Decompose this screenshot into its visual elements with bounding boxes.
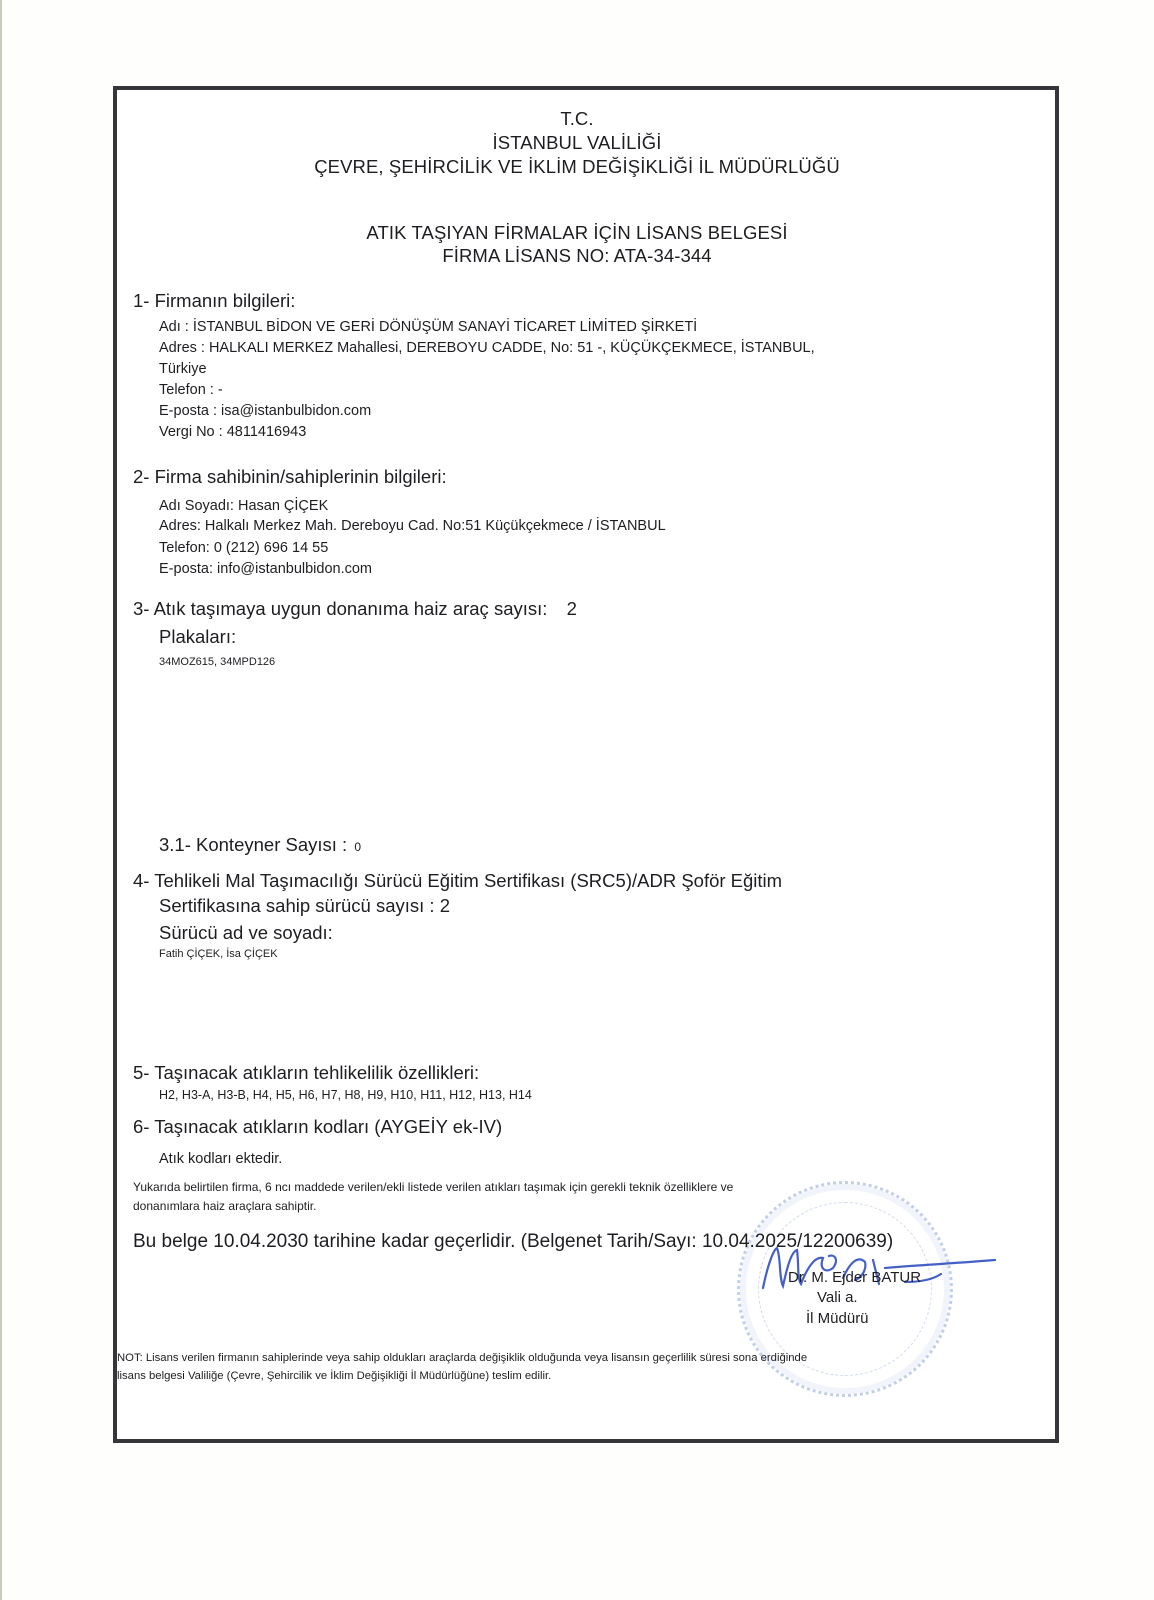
section5-heading: 5- Taşınacak atıkların tehlikelilik özel…: [133, 1062, 479, 1084]
section6-heading: 6- Taşınacak atıkların kodları (AYGEİY e…: [133, 1116, 502, 1138]
drivers-list: Fatih ÇİÇEK, İsa ÇİÇEK: [159, 948, 278, 960]
company-address: Adres : HALKALI MERKEZ Mahallesi, DEREBO…: [159, 339, 815, 358]
container-label: 3.1- Konteyner Sayısı :: [159, 834, 347, 855]
owner-name: Adı Soyadı: Hasan ÇİÇEK: [159, 497, 328, 516]
section4-heading: 4- Tehlikeli Mal Taşımacılığı Sürücü Eği…: [133, 870, 782, 892]
company-tax-no: Vergi No : 4811416943: [159, 423, 306, 442]
header-directorate: ÇEVRE, ŞEHİRCİLİK VE İKLİM DEĞİŞİKLİĞİ İ…: [0, 156, 1154, 178]
license-number: FİRMA LİSANS NO: ATA-34-344: [0, 245, 1154, 267]
company-address-country: Türkiye: [159, 360, 207, 379]
section2-heading: 2- Firma sahibinin/sahiplerinin bilgiler…: [133, 466, 447, 488]
waste-codes-note: Atık kodları ektedir.: [159, 1150, 282, 1169]
statement-line2: donanımlara haiz araçlara sahiptir.: [133, 1197, 316, 1215]
owner-address: Adres: Halkalı Merkez Mah. Dereboyu Cad.…: [159, 517, 666, 536]
header-tc: T.C.: [0, 108, 1154, 130]
section1-heading: 1- Firmanın bilgileri:: [133, 290, 295, 312]
owner-phone: Telefon: 0 (212) 696 14 55: [159, 539, 328, 558]
signatory-title: İl Müdürü: [806, 1310, 869, 1327]
signatory-name: Dr. M. Ejder BATUR: [788, 1269, 921, 1286]
plates-list: 34MOZ615, 34MPD126: [159, 656, 275, 668]
container-count: 0: [354, 840, 361, 854]
company-email: E-posta : isa@istanbulbidon.com: [159, 402, 371, 421]
container-count-row: 3.1- Konteyner Sayısı : 0: [159, 834, 361, 856]
owner-email: E-posta: info@istanbulbidon.com: [159, 560, 372, 579]
footnote-line2: lisans belgesi Valiliğe (Çevre, Şehircil…: [117, 1367, 551, 1385]
drivers-label: Sürücü ad ve soyadı:: [159, 922, 333, 944]
vehicle-count: 2: [567, 598, 577, 619]
hazard-codes: H2, H3-A, H3-B, H4, H5, H6, H7, H8, H9, …: [159, 1088, 532, 1102]
company-name: Adı : İSTANBUL BİDON VE GERİ DÖNÜŞÜM SAN…: [159, 318, 697, 337]
statement-line1: Yukarıda belirtilen firma, 6 ncı maddede…: [133, 1178, 733, 1196]
section4-driver-count: Sertifikasına sahip sürücü sayısı : 2: [159, 895, 450, 917]
section3-heading: 3- Atık taşımaya uygun donanıma haiz ara…: [133, 598, 577, 620]
document-title: ATIK TAŞIYAN FİRMALAR İÇİN LİSANS BELGES…: [0, 222, 1154, 244]
signatory-on-behalf: Vali a.: [817, 1289, 858, 1306]
plates-label: Plakaları:: [159, 626, 236, 648]
footnote-line1: NOT: Lisans verilen firmanın sahiplerind…: [117, 1349, 807, 1367]
header-governorship: İSTANBUL VALİLİĞİ: [0, 132, 1154, 154]
signature-icon: [755, 1238, 1005, 1298]
section3-heading-label: 3- Atık taşımaya uygun donanıma haiz ara…: [133, 598, 547, 619]
company-phone: Telefon : -: [159, 381, 223, 400]
